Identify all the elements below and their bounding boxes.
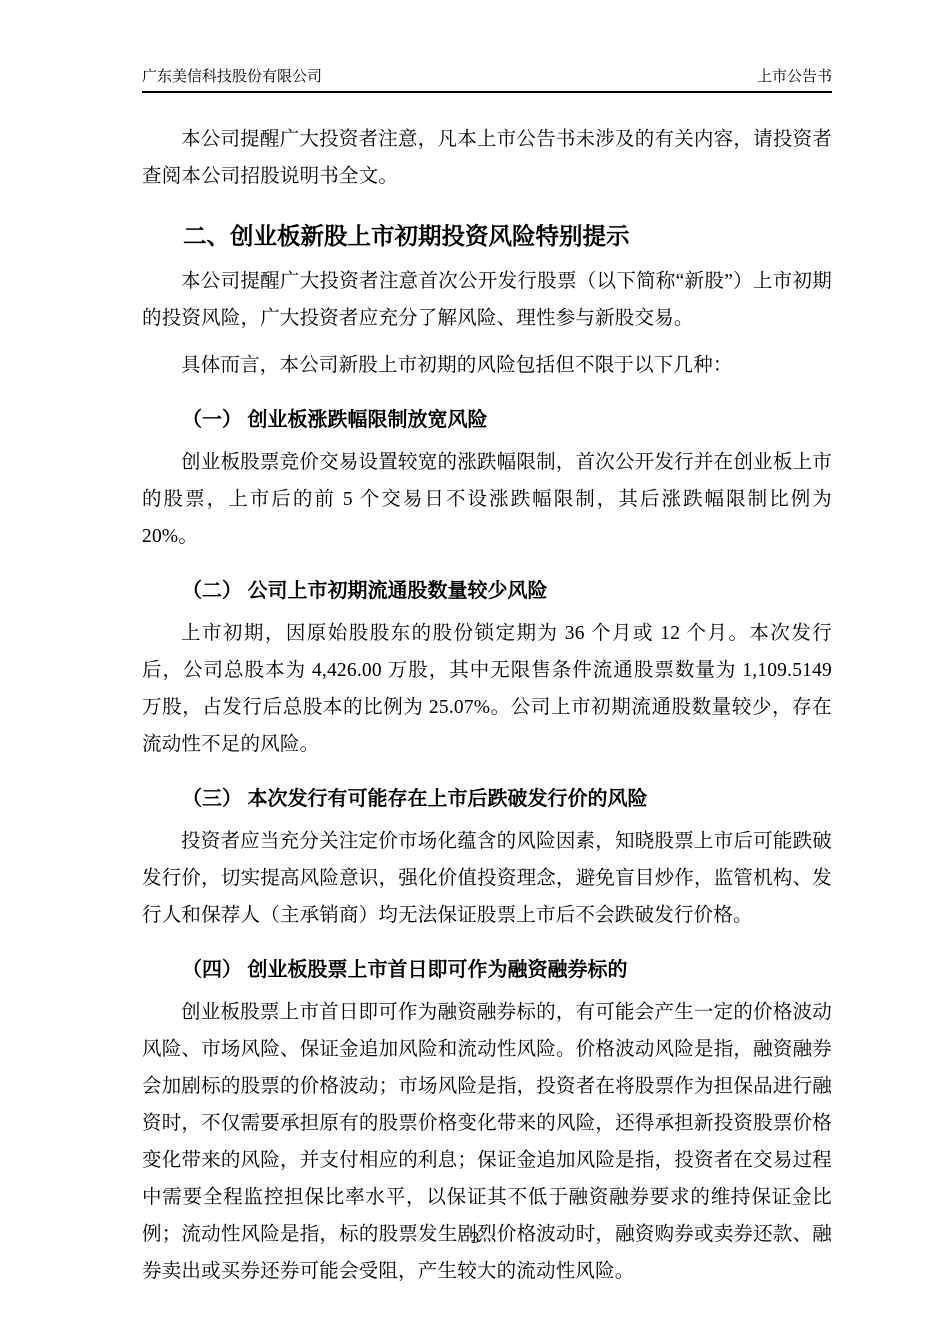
subsection-1-body: 创业板股票竞价交易设置较宽的涨跌幅限制，首次公开发行并在创业板上市的股票，上市后… <box>142 444 832 555</box>
page-number: 3 <box>471 1228 480 1247</box>
subsection-2-body: 上市初期，因原始股股东的股份锁定期为 36 个月或 12 个月。本次发行后，公司… <box>142 615 832 763</box>
subsection-1: （一） 创业板涨跌幅限制放宽风险 创业板股票竞价交易设置较宽的涨跌幅限制，首次公… <box>142 406 832 555</box>
subsection-3-heading: （三） 本次发行有可能存在上市后跌破发行价的风险 <box>142 785 832 813</box>
subsection-3: （三） 本次发行有可能存在上市后跌破发行价的风险 投资者应当充分关注定价市场化蕴… <box>142 785 832 934</box>
subsection-2: （二） 公司上市初期流通股数量较少风险 上市初期，因原始股股东的股份锁定期为 3… <box>142 577 832 763</box>
page-footer: 3 <box>0 1226 950 1250</box>
subsection-3-body: 投资者应当充分关注定价市场化蕴含的风险因素，知晓股票上市后可能跌破发行价，切实提… <box>142 823 832 934</box>
intro-paragraph: 本公司提醒广大投资者注意，凡本上市公告书未涉及的有关内容，请投资者查阅本公司招股… <box>142 121 832 195</box>
section-intro-paragraph: 本公司提醒广大投资者注意首次公开发行股票（以下简称“新股”）上市初期的投资风险，… <box>142 263 832 337</box>
header-doc-type: 上市公告书 <box>757 66 832 88</box>
list-intro-paragraph: 具体而言，本公司新股上市初期的风险包括但不限于以下几种： <box>142 347 832 384</box>
subsection-1-heading: （一） 创业板涨跌幅限制放宽风险 <box>142 406 832 434</box>
subsection-4-heading: （四） 创业板股票上市首日即可作为融资融券标的 <box>142 956 832 984</box>
document-page: 广东美信科技股份有限公司 上市公告书 本公司提醒广大投资者注意，凡本上市公告书未… <box>0 0 950 1344</box>
subsection-2-heading: （二） 公司上市初期流通股数量较少风险 <box>142 577 832 605</box>
section-heading: 二、创业板新股上市初期投资风险特别提示 <box>142 219 832 253</box>
page-header: 广东美信科技股份有限公司 上市公告书 <box>142 66 832 93</box>
header-company-name: 广东美信科技股份有限公司 <box>142 66 322 88</box>
